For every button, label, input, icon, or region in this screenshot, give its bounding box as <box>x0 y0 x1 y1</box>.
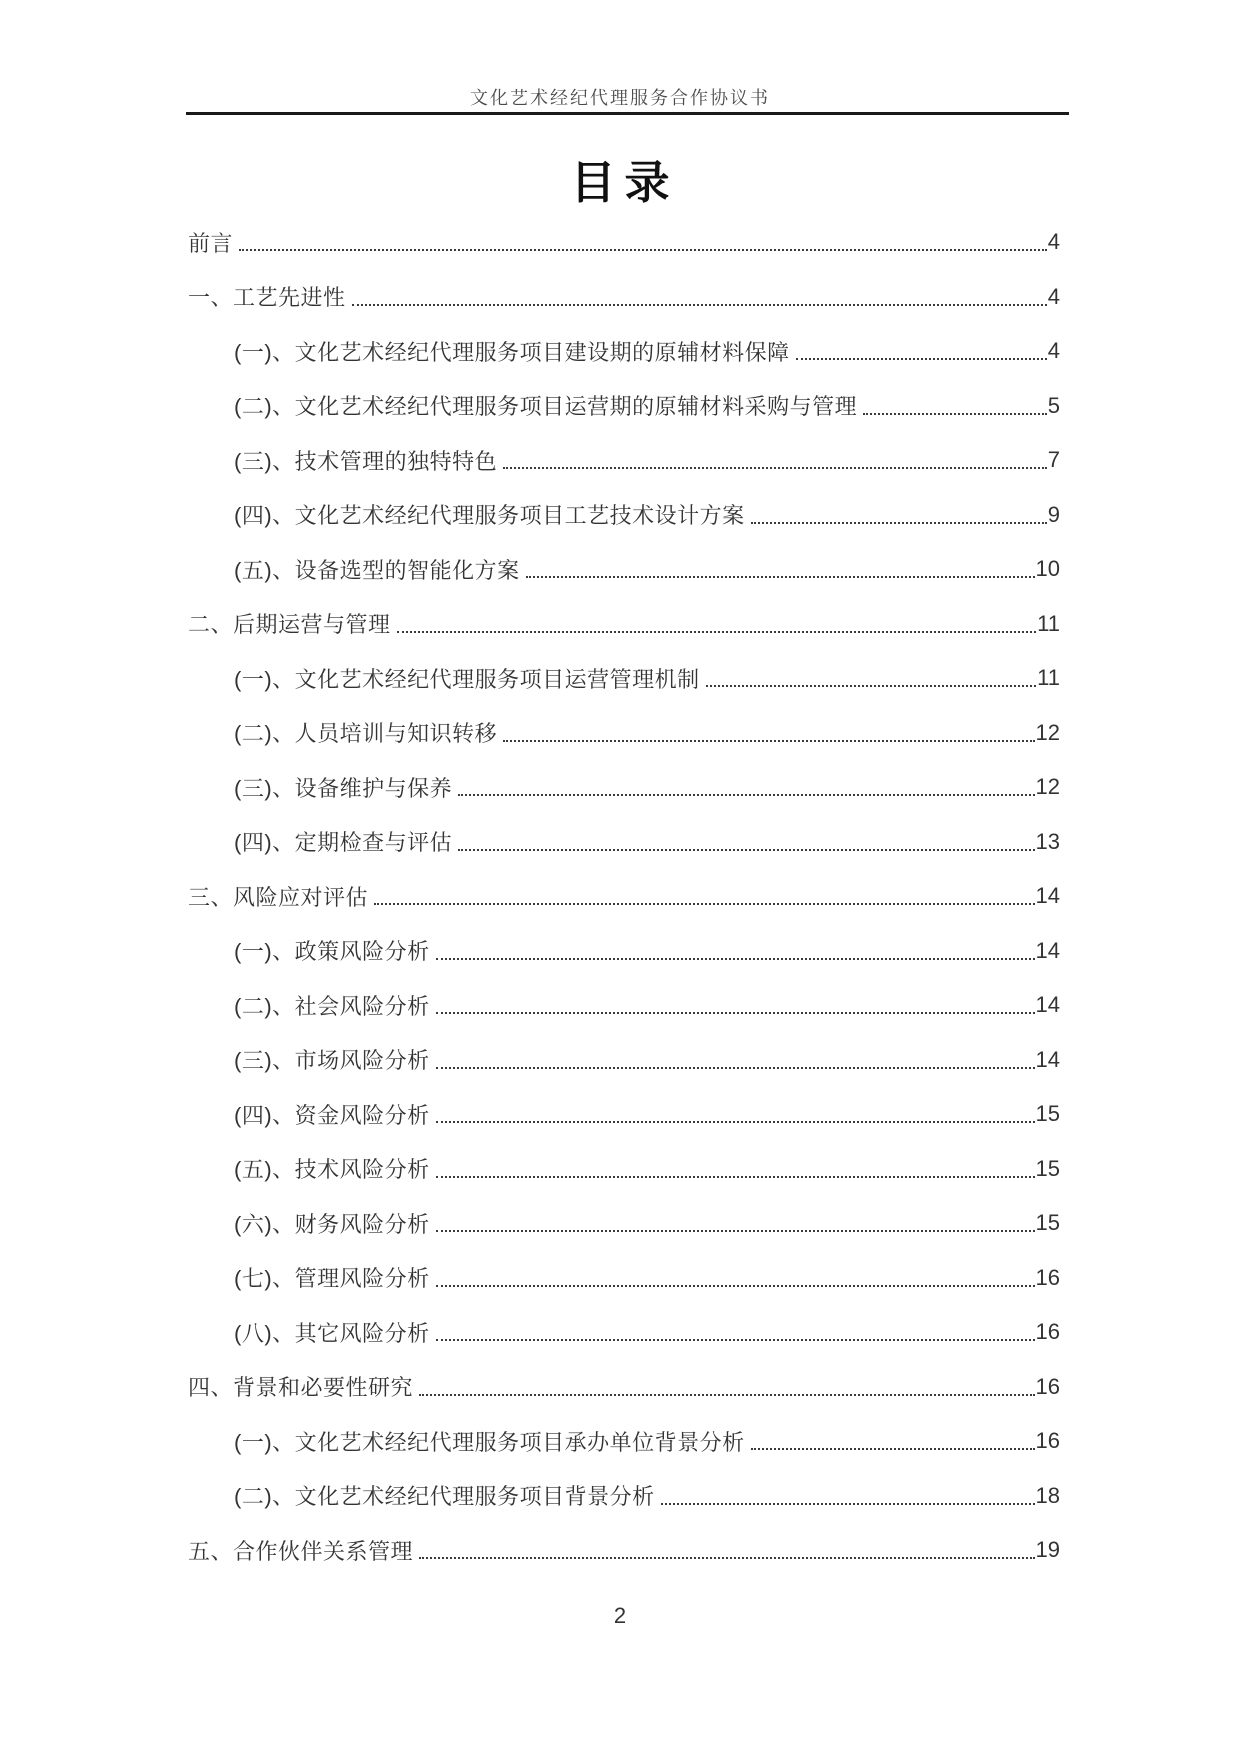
toc-entry[interactable]: (六)、财务风险分析 15 <box>188 1196 1060 1251</box>
toc-entry[interactable]: 四、背景和必要性研究 16 <box>188 1360 1060 1415</box>
toc-entry-page: 14 <box>1036 883 1060 909</box>
toc-entry-label: (六)、财务风险分析 <box>234 1208 430 1239</box>
toc-entry-label: (一)、政策风险分析 <box>234 935 430 966</box>
toc-entry[interactable]: 三、风险应对评估 14 <box>188 869 1060 924</box>
toc-leader-dots <box>397 631 1037 633</box>
toc-entry-page: 11 <box>1037 611 1060 637</box>
toc-leader-dots <box>661 1503 1035 1505</box>
toc-leader-dots <box>436 958 1035 960</box>
toc-entry-label: 三、风险应对评估 <box>188 881 368 912</box>
toc-entry-page: 10 <box>1036 556 1060 582</box>
toc-leader-dots <box>751 1448 1035 1450</box>
toc-leader-dots <box>436 1285 1035 1287</box>
toc-entry-label: 前言 <box>188 227 233 258</box>
toc-entry-page: 16 <box>1036 1428 1060 1454</box>
toc-entry-page: 5 <box>1048 393 1060 419</box>
toc-leader-dots <box>436 1121 1035 1123</box>
toc-entry-page: 14 <box>1036 1047 1060 1073</box>
toc-entry-page: 13 <box>1036 829 1060 855</box>
toc-entry[interactable]: 一、工艺先进性 4 <box>188 270 1060 325</box>
toc-entry-label: (二)、社会风险分析 <box>234 990 430 1021</box>
toc-entry-label: 二、后期运营与管理 <box>188 608 391 639</box>
toc-leader-dots <box>436 1230 1035 1232</box>
toc-leader-dots <box>436 1176 1035 1178</box>
toc-entry[interactable]: (八)、其它风险分析 16 <box>188 1305 1060 1360</box>
toc-entry[interactable]: (三)、技术管理的独特特色 7 <box>188 433 1060 488</box>
toc-leader-dots <box>863 413 1047 415</box>
toc-entry-page: 14 <box>1036 938 1060 964</box>
toc-entry-page: 4 <box>1048 229 1060 255</box>
toc-entry-page: 14 <box>1036 992 1060 1018</box>
toc-leader-dots <box>503 467 1047 469</box>
toc-entry-page: 11 <box>1037 665 1060 691</box>
toc-leader-dots <box>436 1067 1035 1069</box>
toc-leader-dots <box>419 1557 1035 1559</box>
toc-leader-dots <box>239 249 1047 251</box>
toc-entry-label: (四)、资金风险分析 <box>234 1099 430 1130</box>
toc-entry-label: (三)、设备维护与保养 <box>234 772 452 803</box>
toc-entry-label: (四)、文化艺术经纪代理服务项目工艺技术设计方案 <box>234 499 745 530</box>
toc-entry-label: (一)、文化艺术经纪代理服务项目运营管理机制 <box>234 663 700 694</box>
toc-leader-dots <box>436 1012 1035 1014</box>
toc-entry-label: (三)、市场风险分析 <box>234 1044 430 1075</box>
toc-leader-dots <box>751 522 1047 524</box>
toc-entry[interactable]: 五、合作伙伴关系管理 19 <box>188 1523 1060 1578</box>
toc-entry[interactable]: (二)、文化艺术经纪代理服务项目运营期的原辅材料采购与管理 5 <box>188 379 1060 434</box>
toc-entry[interactable]: (二)、社会风险分析 14 <box>188 978 1060 1033</box>
toc-entry-page: 9 <box>1048 502 1060 528</box>
toc-entry-label: 四、背景和必要性研究 <box>188 1371 413 1402</box>
toc-leader-dots <box>419 1394 1035 1396</box>
toc-leader-dots <box>458 849 1034 851</box>
toc-entry[interactable]: (七)、管理风险分析 16 <box>188 1251 1060 1306</box>
toc-entry[interactable]: (四)、定期检查与评估 13 <box>188 815 1060 870</box>
toc-leader-dots <box>526 576 1035 578</box>
toc-list: 前言 4 一、工艺先进性 4 (一)、文化艺术经纪代理服务项目建设期的原辅材料保… <box>188 215 1060 1578</box>
toc-entry-page: 4 <box>1048 284 1060 310</box>
toc-entry-page: 18 <box>1036 1483 1060 1509</box>
toc-entry[interactable]: 二、后期运营与管理 11 <box>188 597 1060 652</box>
toc-entry-page: 16 <box>1036 1265 1060 1291</box>
toc-entry-label: (五)、技术风险分析 <box>234 1153 430 1184</box>
toc-entry[interactable]: (二)、人员培训与知识转移 12 <box>188 706 1060 761</box>
toc-leader-dots <box>436 1339 1035 1341</box>
toc-entry[interactable]: (五)、技术风险分析 15 <box>188 1142 1060 1197</box>
toc-entry-page: 7 <box>1048 447 1060 473</box>
toc-entry-page: 4 <box>1048 338 1060 364</box>
toc-entry-label: (二)、人员培训与知识转移 <box>234 717 497 748</box>
toc-entry-page: 15 <box>1036 1156 1060 1182</box>
toc-entry[interactable]: (三)、设备维护与保养 12 <box>188 760 1060 815</box>
toc-entry[interactable]: (四)、资金风险分析 15 <box>188 1087 1060 1142</box>
toc-entry-page: 12 <box>1036 720 1060 746</box>
toc-entry-label: (七)、管理风险分析 <box>234 1262 430 1293</box>
toc-entry-label: 五、合作伙伴关系管理 <box>188 1535 413 1566</box>
toc-entry[interactable]: (三)、市场风险分析 14 <box>188 1033 1060 1088</box>
toc-entry-label: (四)、定期检查与评估 <box>234 826 452 857</box>
toc-entry-label: (二)、文化艺术经纪代理服务项目背景分析 <box>234 1480 655 1511</box>
toc-entry[interactable]: (一)、政策风险分析 14 <box>188 924 1060 979</box>
toc-entry-label: 一、工艺先进性 <box>188 281 346 312</box>
toc-entry[interactable]: (二)、文化艺术经纪代理服务项目背景分析 18 <box>188 1469 1060 1524</box>
toc-leader-dots <box>706 685 1037 687</box>
toc-leader-dots <box>374 903 1035 905</box>
toc-entry[interactable]: (一)、文化艺术经纪代理服务项目运营管理机制 11 <box>188 651 1060 706</box>
toc-leader-dots <box>503 740 1034 742</box>
footer-page-number: 2 <box>0 1603 1240 1629</box>
toc-entry-page: 15 <box>1036 1101 1060 1127</box>
toc-entry-page: 12 <box>1036 774 1060 800</box>
toc-entry[interactable]: 前言 4 <box>188 215 1060 270</box>
toc-entry[interactable]: (一)、文化艺术经纪代理服务项目建设期的原辅材料保障 4 <box>188 324 1060 379</box>
toc-entry[interactable]: (四)、文化艺术经纪代理服务项目工艺技术设计方案 9 <box>188 488 1060 543</box>
running-header-title: 文化艺术经纪代理服务合作协议书 <box>0 84 1240 110</box>
document-page: 文化艺术经纪代理服务合作协议书 目录 前言 4 一、工艺先进性 4 (一)、文化… <box>0 0 1240 1753</box>
toc-entry-label: (一)、文化艺术经纪代理服务项目承办单位背景分析 <box>234 1426 745 1457</box>
toc-entry-label: (三)、技术管理的独特特色 <box>234 445 497 476</box>
toc-leader-dots <box>352 304 1047 306</box>
toc-entry-page: 19 <box>1036 1537 1060 1563</box>
toc-entry-page: 16 <box>1036 1319 1060 1345</box>
toc-entry-page: 15 <box>1036 1210 1060 1236</box>
toc-entry-label: (一)、文化艺术经纪代理服务项目建设期的原辅材料保障 <box>234 336 790 367</box>
toc-leader-dots <box>458 794 1034 796</box>
toc-entry[interactable]: (一)、文化艺术经纪代理服务项目承办单位背景分析 16 <box>188 1414 1060 1469</box>
toc-entry[interactable]: (五)、设备选型的智能化方案 10 <box>188 542 1060 597</box>
toc-entry-label: (二)、文化艺术经纪代理服务项目运营期的原辅材料采购与管理 <box>234 390 857 421</box>
header-rule-divider <box>186 112 1069 115</box>
toc-entry-label: (八)、其它风险分析 <box>234 1317 430 1348</box>
toc-entry-page: 16 <box>1036 1374 1060 1400</box>
toc-leader-dots <box>796 358 1047 360</box>
toc-page-title: 目录 <box>0 146 1240 211</box>
toc-entry-label: (五)、设备选型的智能化方案 <box>234 554 520 585</box>
